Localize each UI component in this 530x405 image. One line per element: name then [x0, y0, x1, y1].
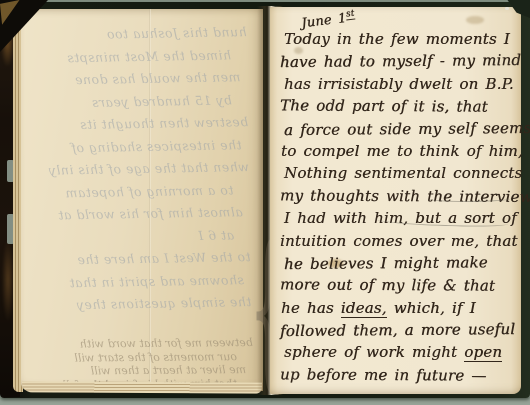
bleedthrough-line: bestrew then thought its — [28, 111, 248, 137]
entry-line: followed them, a more useful — [280, 318, 511, 342]
bleedthrough-line: hund this Joshua too — [26, 21, 246, 47]
entry-line: to compel me to think of him, — [281, 140, 511, 162]
entry-line: a force out side my self seems — [284, 117, 511, 141]
entry-line: up before me in future — — [280, 363, 511, 387]
entry-segment: sphere of work might — [284, 343, 464, 361]
paper-speck — [505, 7, 509, 10]
entry-line: have had to myself - my mind — [280, 49, 511, 73]
diary-photograph: hund this Joshua too himed the Most mins… — [0, 0, 530, 405]
bleedthrough-line: between me for that word with — [27, 336, 253, 351]
entry-line: has irrisistably dwelt on B.P. — [284, 73, 511, 95]
entry-line: more out of my life & that — [280, 274, 511, 298]
entry-line: Today in the few moments I — [284, 28, 511, 50]
entry-line: intuition comes over me, that — [280, 230, 511, 252]
entry-line: Nothing sentimental connects — [284, 162, 511, 184]
bleedthrough-text-block: hund this Joshua too himed the Most mins… — [26, 21, 251, 317]
right-page: June 1st Today in the few moments I have… — [270, 7, 521, 394]
bleedthrough-line: to the West I am here the — [30, 246, 250, 272]
entry-line: he has ideas, which, if I — [281, 297, 511, 319]
entry-line: he believes I might make — [284, 251, 511, 275]
entry-underlined-word: open — [464, 343, 502, 362]
bleedthrough-line: when that the age of this inly — [29, 156, 249, 182]
bleedthrough-line: almost him for his world at — [30, 201, 243, 227]
entry-line: The odd part of it is, that — [280, 94, 511, 118]
bleedthrough-line: me liver at heart a then will — [27, 363, 246, 378]
bleedthrough-line: the simple questions they — [31, 291, 251, 317]
bottom-page-edges — [22, 381, 262, 393]
left-page: hund this Joshua too himed the Most mins… — [21, 9, 263, 391]
bleedthrough-line: men the would has done — [27, 66, 240, 92]
date-heading: June 1st — [300, 0, 510, 28]
entry-segment: which, if I — [387, 299, 476, 317]
entry-line: sphere of work might open — [284, 341, 511, 363]
date-ordinal: st — [345, 9, 355, 21]
entry-underlined-word: ideas, — [341, 299, 387, 318]
entry-segment: he has — [281, 299, 341, 317]
